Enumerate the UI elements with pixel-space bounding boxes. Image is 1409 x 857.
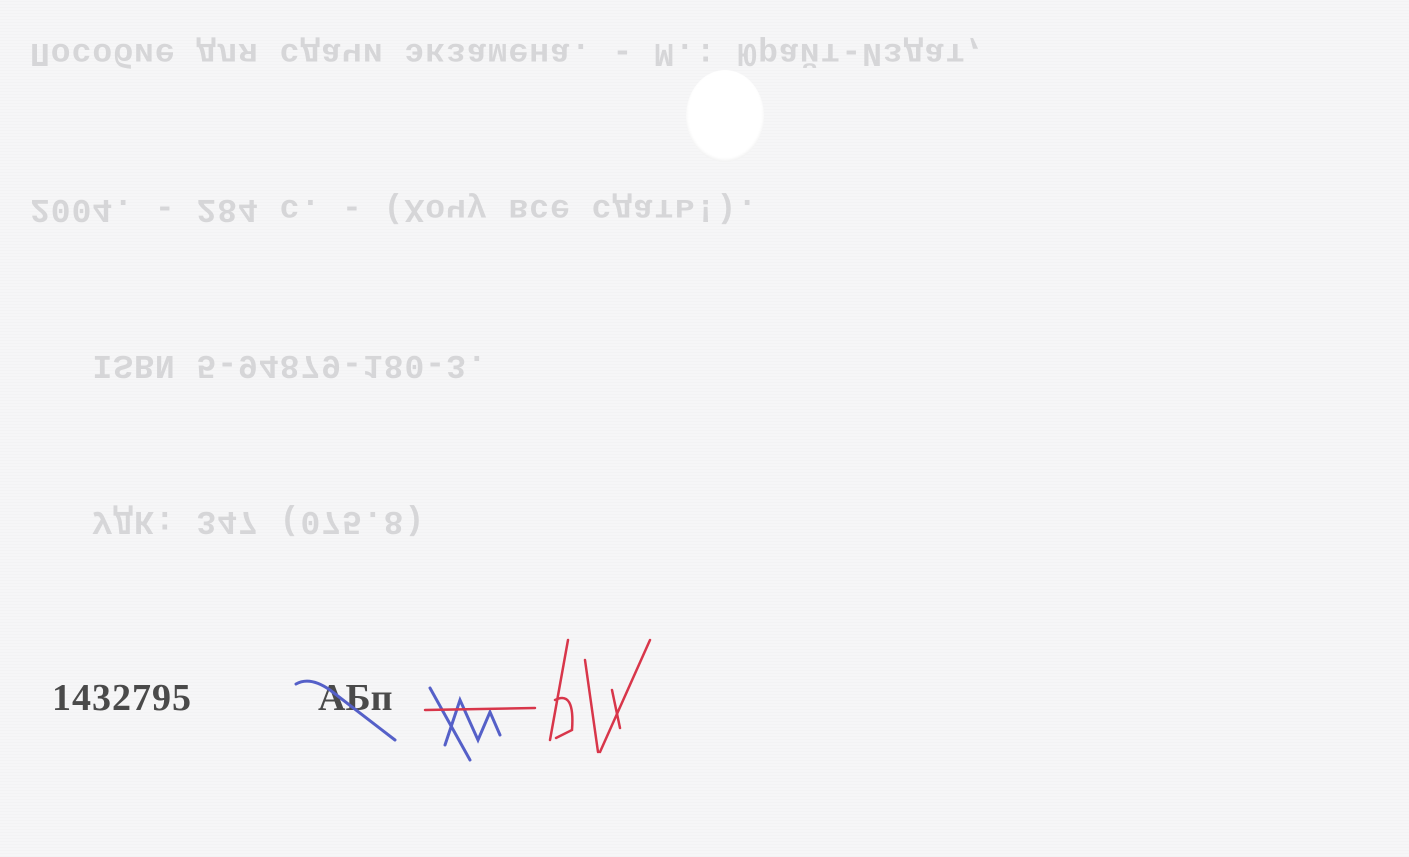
blue-ink-mark <box>296 681 500 760</box>
handwritten-marks <box>0 0 1409 857</box>
catalog-card: УДК: 347 (075.8) ISBN 5-94879-180-3. 200… <box>0 0 1409 857</box>
red-ink-mark <box>425 640 650 752</box>
